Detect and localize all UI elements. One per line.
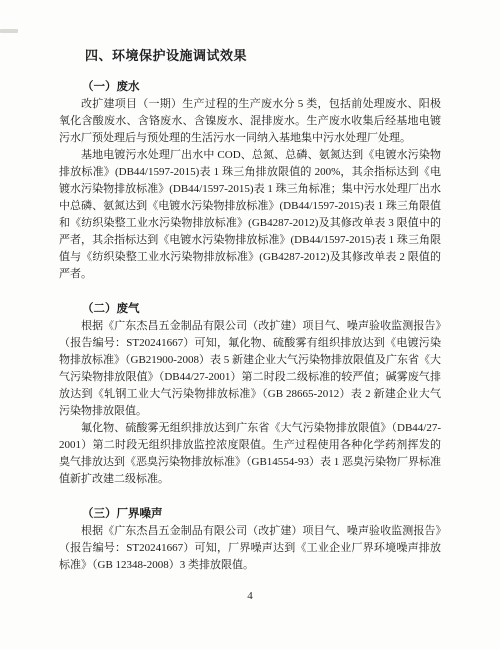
paragraph: 改扩建项目（一期）生产过程的生产废水分 5 类，包括前处理废水、阳极氧化含酸废水… bbox=[59, 96, 441, 147]
section-heading-boundary-noise: （三）厂界噪声 bbox=[59, 506, 441, 523]
section-wastewater: （一）废水 改扩建项目（一期）生产过程的生产废水分 5 类，包括前处理废水、阳极… bbox=[59, 79, 441, 283]
document-content: 四、环境保护设施调试效果 （一）废水 改扩建项目（一期）生产过程的生产废水分 5… bbox=[59, 46, 441, 605]
paragraph: 基地电镀污水处理厂出水中 COD、总氮、总磷、氨氮达到《电镀水污染物排放标准》(… bbox=[59, 147, 441, 283]
section-boundary-noise: （三）厂界噪声 根据《广东杰昌五金制品有限公司（改扩建）项目气、噪声验收监测报告… bbox=[59, 506, 441, 574]
scan-artifact bbox=[0, 29, 18, 33]
paragraph: 氟化物、硫酸雾无组织排放达到广东省《大气污染物排放限值》（DB44/27-200… bbox=[59, 420, 441, 488]
section-heading-waste-gas: （二）废气 bbox=[59, 301, 441, 318]
document-title: 四、环境保护设施调试效果 bbox=[59, 46, 441, 66]
paragraph: 根据《广东杰昌五金制品有限公司（改扩建）项目气、噪声验收监测报告》（报告编号：S… bbox=[59, 523, 441, 574]
page-number: 4 bbox=[59, 588, 441, 605]
paragraph: 根据《广东杰昌五金制品有限公司（改扩建）项目气、噪声验收监测报告》（报告编号：S… bbox=[59, 318, 441, 420]
page: 四、环境保护设施调试效果 （一）废水 改扩建项目（一期）生产过程的生产废水分 5… bbox=[0, 0, 500, 650]
section-waste-gas: （二）废气 根据《广东杰昌五金制品有限公司（改扩建）项目气、噪声验收监测报告》（… bbox=[59, 301, 441, 488]
section-heading-wastewater: （一）废水 bbox=[59, 79, 441, 96]
